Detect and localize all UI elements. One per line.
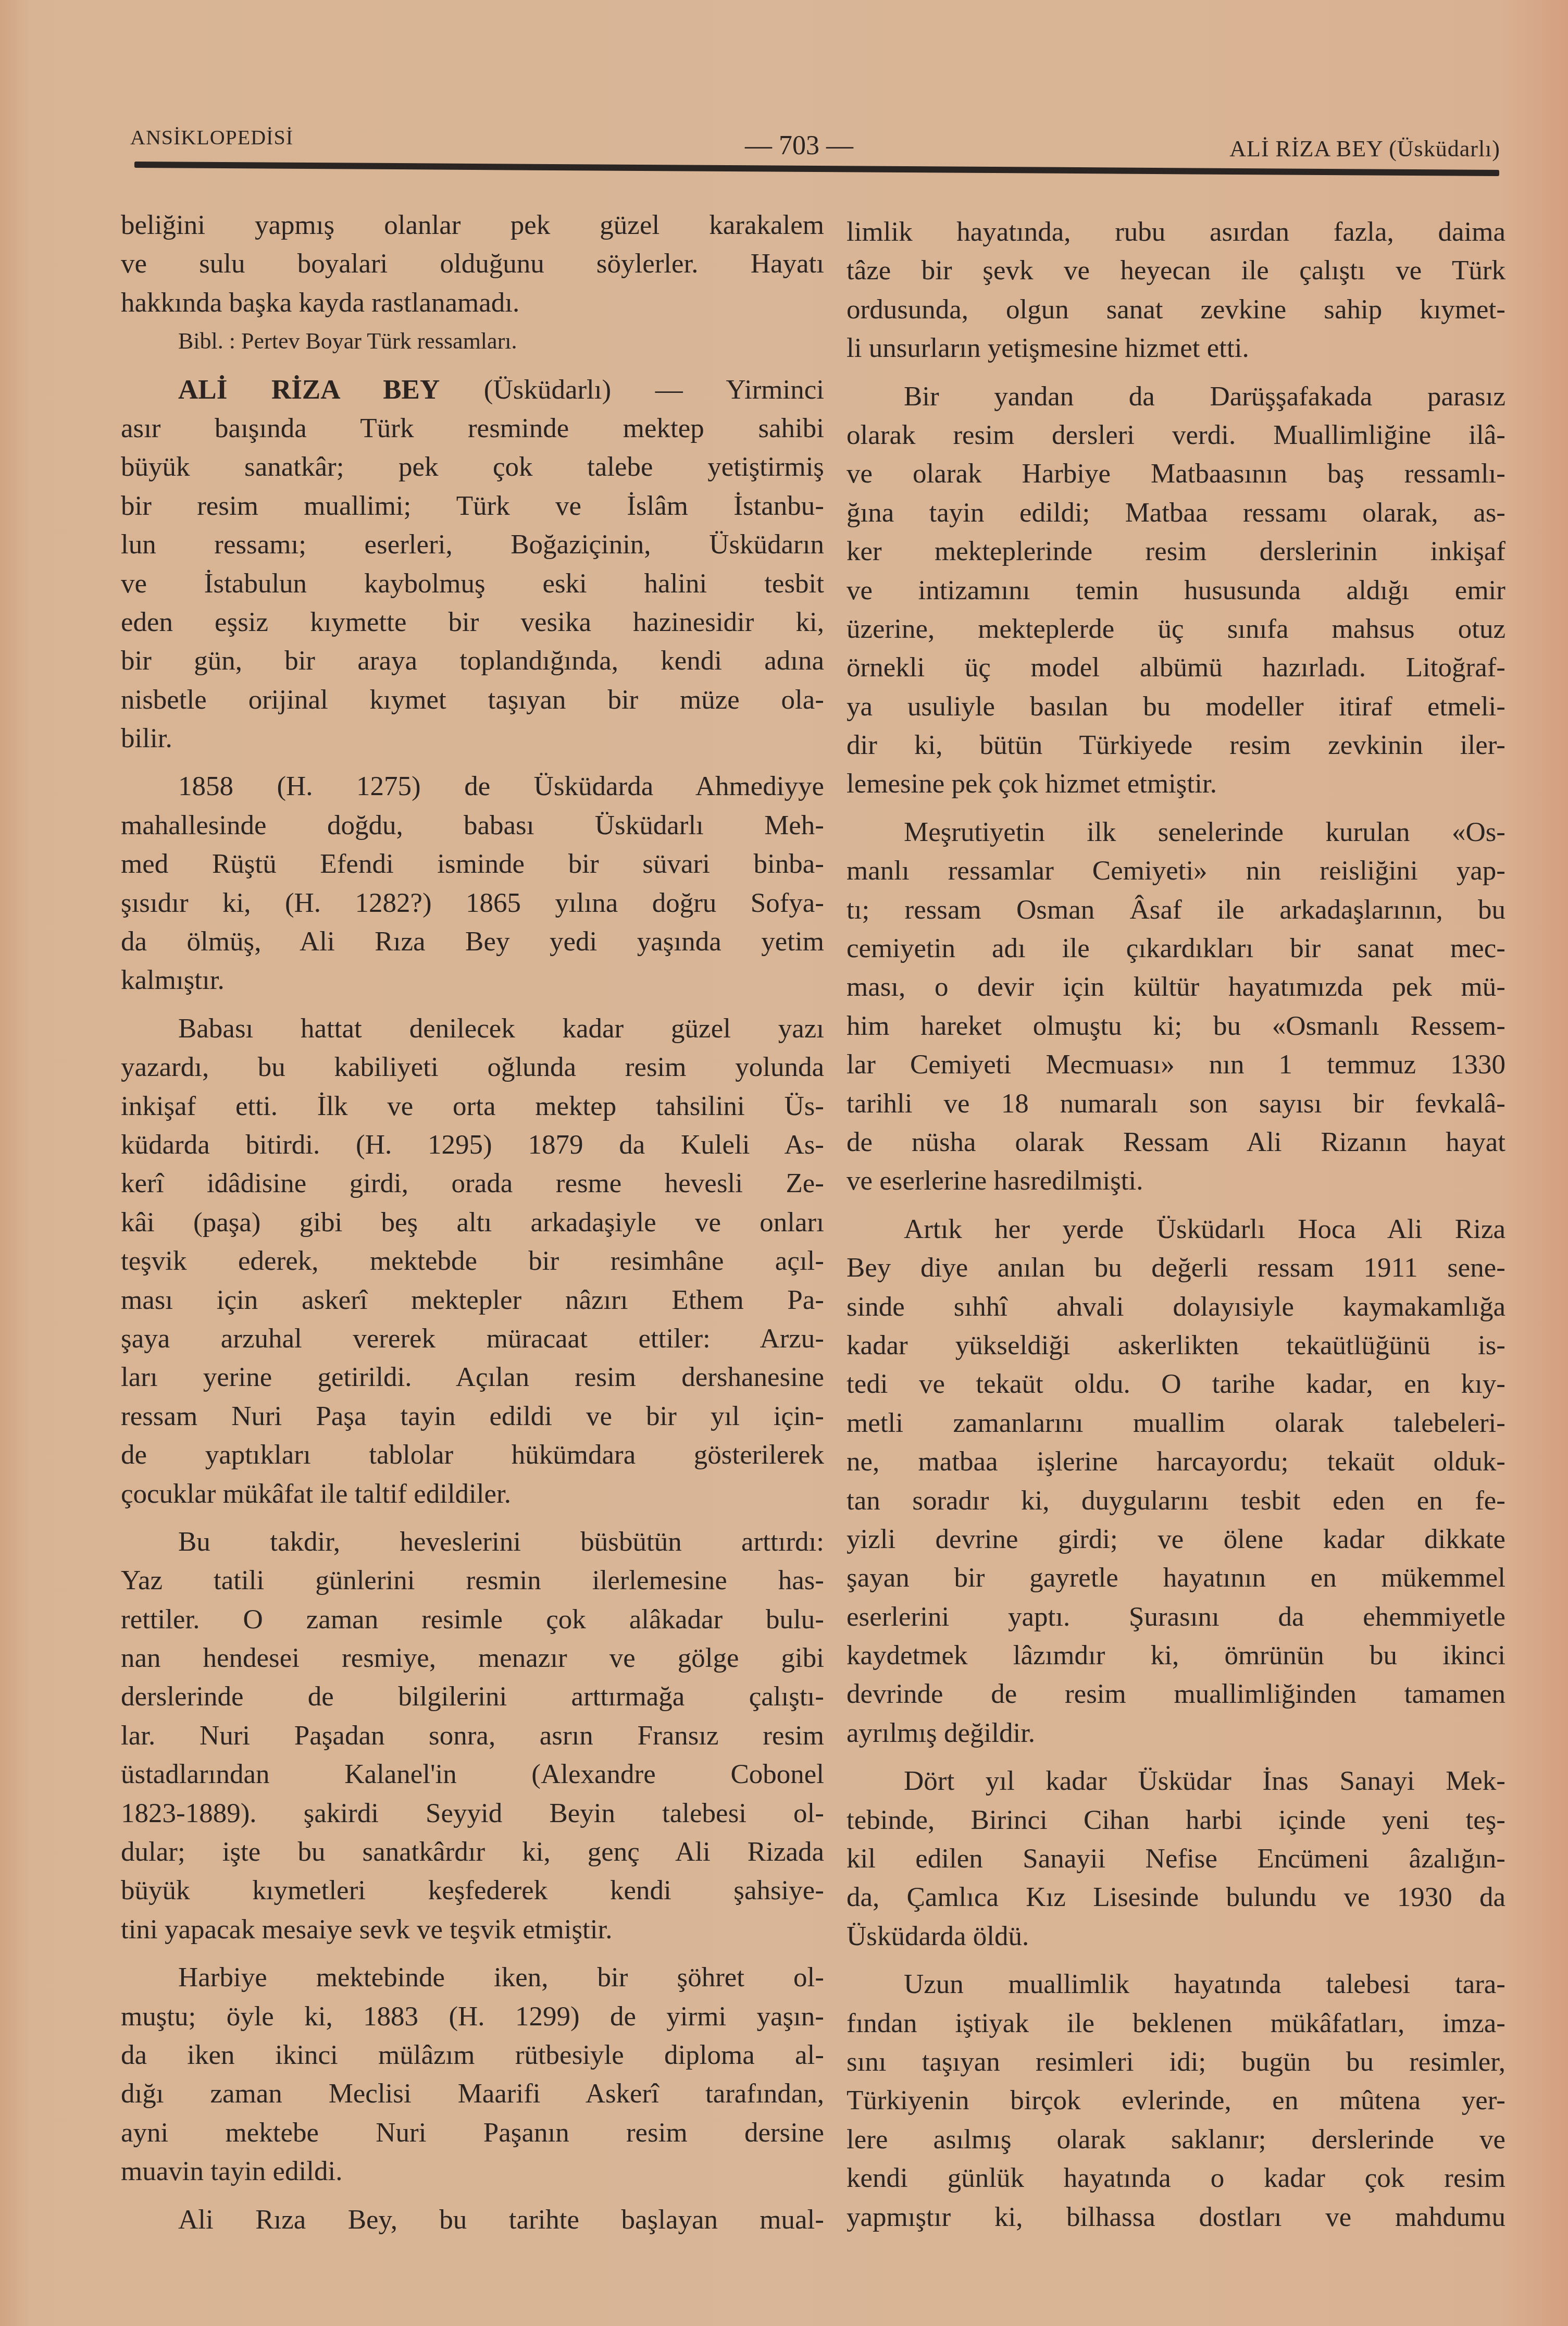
text-line: muavin tayin edildi. <box>121 2152 824 2191</box>
text-line: ları yerine getirildi. Açılan resim ders… <box>121 1358 824 1396</box>
text-line: büyük kıymetleri keşfederek kendi şahsiy… <box>121 1871 824 1910</box>
text-line: ker mekteplerinde resim derslerinin inki… <box>847 532 1505 571</box>
text-line: de yaptıkları tablolar hükümdara gösteri… <box>121 1436 824 1474</box>
text-line: lemesine pek çok hizmet etmiştir. <box>847 764 1505 803</box>
text-line: şısıdır ki, (H. 1282?) 1865 yılına doğru… <box>121 884 824 922</box>
text-line: örnekli üç model albümü hazırladı. Litoğ… <box>847 648 1505 687</box>
text-line: ordusunda, olgun sanat zevkine sahip kıy… <box>847 290 1505 329</box>
text-line: tan soradır ki, duygularını tesbit eden … <box>847 1481 1505 1520</box>
text-line: Babası hattat denilecek kadar güzel yazı <box>121 1009 824 1048</box>
text-line: şayan bir gayretle hayatının en mükemmel <box>847 1558 1505 1597</box>
text-line: ve intizamını temin hususunda aldığı emi… <box>847 571 1505 610</box>
text-line: sinde sıhhî ahvali dolayısiyle kaymakaml… <box>847 1288 1505 1326</box>
text-line: kadar yükseldiği askerlikten tekaütlüğün… <box>847 1326 1505 1365</box>
text-line: kaydetmek lâzımdır ki, ömrünün bu ikinci <box>847 1636 1505 1675</box>
text-line: fından iştiyak ile beklenen mükâfatları,… <box>847 2004 1505 2043</box>
text-line: derslerinde de bilgilerini arttırmağa ça… <box>121 1677 824 1716</box>
bibliography-line: Bibl. : Pertev Boyar Türk ressamları. <box>121 322 824 361</box>
text-line: med Rüştü Efendi isminde bir süvari binb… <box>121 845 824 883</box>
text-line: beliğini yapmış olanlar pek güzel karaka… <box>121 206 824 244</box>
text-line: da ölmüş, Ali Rıza Bey yedi yaşında yeti… <box>121 922 824 961</box>
text-line: limlik hayatında, rubu asırdan fazla, da… <box>847 213 1505 251</box>
text-line: Bu takdir, heveslerini büsbütün arttırdı… <box>121 1523 824 1561</box>
text-line: bir resim muallimi; Türk ve İslâm İstanb… <box>121 487 824 525</box>
text-line: eserlerini yaptı. Şurasını da ehemmiyetl… <box>847 1598 1505 1636</box>
text-line: 1858 (H. 1275) de Üsküdarda Ahmediyye <box>121 767 824 806</box>
text-line: Harbiye mektebinde iken, bir şöhret ol- <box>121 1958 824 1997</box>
text-line: lar. Nuri Paşadan sonra, asrın Fransız r… <box>121 1716 824 1755</box>
entry-headword-line: ALİ RİZA BEY (Üsküdarlı) — Yirminci <box>121 370 824 409</box>
text-line: dığı zaman Meclisi Maarifi Askerî tarafı… <box>121 2074 824 2113</box>
text-line: Ali Rıza Bey, bu tarihte başlayan mual- <box>121 2200 824 2239</box>
text-line: ve İstabulun kaybolmuş eski halini tesbi… <box>121 564 824 603</box>
text-line: lun ressamı; eserleri, Boğaziçinin, Üskü… <box>121 525 824 564</box>
text-line: inkişaf etti. İlk ve orta mektep tahsili… <box>121 1087 824 1125</box>
text-line: li unsurların yetişmesine hizmet etti. <box>847 329 1505 367</box>
text-line: ması için askerî mektepler nâzırı Ethem … <box>121 1281 824 1319</box>
header-entry-title: ALİ RİZA BEY (Üsküdarlı) <box>1229 135 1500 162</box>
text-line: tebinde, Birinci Cihan harbi içinde yeni… <box>847 1801 1505 1839</box>
text-line: hakkında başka kayda rastlanamadı. <box>121 283 824 322</box>
text-line: yizli devrine girdi; ve ölene kadar dikk… <box>847 1520 1505 1558</box>
text-line: ğına tayin edildi; Matbaa ressamı olarak… <box>847 493 1505 532</box>
text-line: mahallesinde doğdu, babası Üsküdarlı Meh… <box>121 806 824 845</box>
right-column: limlik hayatında, rubu asırdan fazla, da… <box>847 213 1505 2236</box>
text-line: Meşrutiyetin ilk senelerinde kurulan «Os… <box>847 813 1505 851</box>
text-line: bilir. <box>121 719 824 758</box>
text-line: yapmıştır ki, bilhassa dostları ve mahdu… <box>847 2198 1505 2236</box>
header-publication-title: ANSİKLOPEDİSİ <box>130 125 293 150</box>
text-line: ması, o devir için kültür hayatımızda pe… <box>847 968 1505 1006</box>
text-line: ve sulu boyalari olduğunu söylerler. Hay… <box>121 244 824 283</box>
text-line: şaya arzuhal vererek müracaat ettiler: A… <box>121 1319 824 1358</box>
text-line: teşvik ederek, mektebde bir resimhâne aç… <box>121 1242 824 1280</box>
text-line: lar Cemiyeti Mecmuası» nın 1 temmuz 1330 <box>847 1045 1505 1084</box>
text-line: tâze bir şevk ve heyecan ile çalıştı ve … <box>847 251 1505 290</box>
text-line: tı; ressam Osman Âsaf ile arkadaşlarının… <box>847 890 1505 929</box>
text-line: ve olarak Harbiye Matbaasının baş ressam… <box>847 454 1505 493</box>
text-line: metli zamanlarını muallim olarak talebel… <box>847 1404 1505 1442</box>
text-line: Üsküdarda öldü. <box>847 1917 1505 1956</box>
text-line: Uzun muallimlik hayatında talebesi tara- <box>847 1965 1505 2003</box>
text-line: tarihli ve 18 numaralı son sayısı bir fe… <box>847 1084 1505 1123</box>
text-line: 1823-1889). şakirdi Seyyid Beyin talebes… <box>121 1794 824 1833</box>
text-line: manlı ressamlar Cemiyeti» nin reisliğini… <box>847 851 1505 890</box>
text-line: olarak resim dersleri verdi. Muallimliği… <box>847 416 1505 454</box>
text-line: küdarda bitirdi. (H. 1295) 1879 da Kulel… <box>121 1125 824 1164</box>
text-line: Artık her yerde Üsküdarlı Hoca Ali Riza <box>847 1210 1505 1248</box>
text-line: rettiler. O zaman resimle çok alâkadar b… <box>121 1600 824 1639</box>
text-line: dir ki, bütün Türkiyede resim zevkinin i… <box>847 726 1505 764</box>
text-line: kerî idâdisine girdi, orada resme hevesl… <box>121 1164 824 1203</box>
text-line: Dört yıl kadar Üsküdar İnas Sanayi Mek- <box>847 1762 1505 1800</box>
text-line: him hareket olmuştu ki; bu «Osmanlı Ress… <box>847 1007 1505 1045</box>
text-line: devrinde de resim muallimliğinden tamame… <box>847 1675 1505 1713</box>
page-number: — 703 — <box>745 130 853 161</box>
text-line: ya usuliyle basılan bu modeller itiraf e… <box>847 687 1505 726</box>
text-line: kil edilen Sanayii Nefise Encümeni âzalı… <box>847 1839 1505 1878</box>
text-line: üzerine, mekteplerde üç sınıfa mahsus ot… <box>847 610 1505 648</box>
text-line: ne, matbaa işlerine harcayordu; tekaüt o… <box>847 1442 1505 1481</box>
text-line: da, Çamlıca Kız Lisesinde bulundu ve 193… <box>847 1878 1505 1916</box>
text-line: eden eşsiz kıymette bir vesika hazinesid… <box>121 603 824 641</box>
text-line: kalmıştır. <box>121 961 824 999</box>
running-header: ANSİKLOPEDİSİ — 703 — ALİ RİZA BEY (Üskü… <box>130 125 1500 167</box>
text-line: Bir yandan da Darüşşafakada parasız <box>847 377 1505 416</box>
text-line: ayni mektebe Nuri Paşanın resim dersine <box>121 2113 824 2152</box>
entry-headword: ALİ RİZA BEY <box>178 375 440 405</box>
text-line: üstadlarından Kalanel'in (Alexandre Cobo… <box>121 1755 824 1793</box>
text-line: tedi ve tekaüt oldu. O tarihe kadar, en … <box>847 1365 1505 1403</box>
text-line: Türkiyenin birçok evlerinde, en mûtena y… <box>847 2081 1505 2120</box>
text-line: tini yapacak mesaiye sevk ve teşvik etmi… <box>121 1910 824 1949</box>
text-line: ayrılmış değildir. <box>847 1714 1505 1752</box>
text-line: Bey diye anılan bu değerli ressam 1911 s… <box>847 1248 1505 1287</box>
text-line: da iken ikinci mülâzım rütbesiyle diplom… <box>121 2036 824 2074</box>
text-line: sını taşıyan resimleri idi; bugün bu res… <box>847 2043 1505 2081</box>
text-line: büyük sanatkâr; pek çok talebe yetiştirm… <box>121 448 824 486</box>
text-line: Yaz tatili günlerini resmin ilerlemesine… <box>121 1561 824 1600</box>
text-line: nan hendesei resmiye, menazır ve gölge g… <box>121 1639 824 1677</box>
left-column: beliğini yapmış olanlar pek güzel karaka… <box>121 206 824 2239</box>
text-line: asır baışında Türk resminde mektep sahib… <box>121 409 824 448</box>
text-line: muştu; öyle ki, 1883 (H. 1299) de yirmi … <box>121 1997 824 2036</box>
text-line: yazardı, bu kabiliyeti oğlunda resim yol… <box>121 1048 824 1086</box>
text-line: bir gün, bir araya toplandığında, kendi … <box>121 641 824 680</box>
text-line: kendi günlük hayatında o kadar çok resim <box>847 2159 1505 2197</box>
text-line: ve eserlerine hasredilmişti. <box>847 1161 1505 1200</box>
text-line: ressam Nuri Paşa tayin edildi ve bir yıl… <box>121 1397 824 1436</box>
text-line: çocuklar mükâfat ile taltif edildiler. <box>121 1475 824 1513</box>
text-line: cemiyetin adı ile çıkardıkları bir sanat… <box>847 929 1505 968</box>
text-line: kâi (paşa) gibi beş altı arkadaşiyle ve … <box>121 1203 824 1242</box>
entry-headword-rest: (Üsküdarlı) — Yirminci <box>440 375 824 405</box>
text-line: de nüsha olarak Ressam Ali Rizanın hayat <box>847 1123 1505 1161</box>
text-line: dular; işte bu sanatkârdır ki, genç Ali … <box>121 1833 824 1871</box>
text-line: lere asılmış olarak saklanır; derslerind… <box>847 2120 1505 2159</box>
text-line: nisbetle orijinal kıymet taşıyan bir müz… <box>121 681 824 719</box>
